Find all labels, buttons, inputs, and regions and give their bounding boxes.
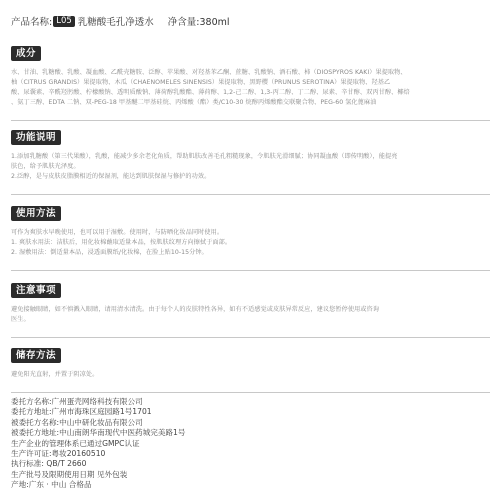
- product-name-label: 产品名称:: [11, 14, 52, 28]
- batch-expiry: 生产批号及限期使用日期 见外包装: [11, 470, 185, 480]
- section-title-functions: 功能说明: [11, 130, 61, 145]
- product-header: 产品名称: L05 乳糖酸毛孔净透水 净含量:380ml: [11, 14, 230, 28]
- usage-text: 可作为爽肤水早晚使用，也可以用于湿敷。使用时，与防晒化妆品同时使用。 1. 爽肤…: [11, 228, 490, 258]
- origin: 产地:广东 · 中山 合格品: [11, 480, 185, 490]
- text-line: 2. 湿敷用法：倒适量本品，浸透面膜纸/化妆棉，在脸上贴10-15分钟。: [11, 248, 490, 258]
- manufacturer-address: 被委托方地址:中山南朗华南现代中医药城完美路1号: [11, 428, 185, 438]
- divider: [11, 337, 490, 338]
- manufacturer-name: 被委托方名称:中山中研化妆品有限公司: [11, 418, 185, 428]
- text-line: 医生。: [11, 315, 490, 325]
- storage-text: 避免阳光直射，并置于阴凉处。: [11, 370, 490, 380]
- manufacturer-info: 委托方名称:广州蛋壳网络科技有限公司 委托方地址:广州市海珠区庭园路1号1701…: [11, 397, 185, 491]
- text-line: 肤色，给予肌肤光泽度。: [11, 162, 490, 172]
- divider: [11, 194, 490, 195]
- text-line: 避免接触眼睛，如不慎溅入眼睛，请用清水清洗。由于每个人的皮肤特性各异，如有不适感…: [11, 305, 490, 315]
- functions-text: 1.添加乳糖酸（第三代果酸），乳酸，能减少多余老化角质，帮助肌肤改善毛孔粗糙现象…: [11, 152, 490, 182]
- product-volume: 净含量:380ml: [168, 14, 230, 28]
- section-functions: 功能说明 1.添加乳糖酸（第三代果酸），乳酸，能减少多余老化角质，帮助肌肤改善毛…: [11, 125, 490, 195]
- divider: [11, 120, 490, 121]
- section-title-precautions: 注意事项: [11, 283, 61, 298]
- text-line: 1.添加乳糖酸（第三代果酸），乳酸，能减少多余老化角质，帮助肌肤改善毛孔粗糙现象…: [11, 152, 490, 162]
- section-storage: 储存方法 避免阳光直射，并置于阴凉处。: [11, 343, 490, 393]
- text-line: 避免阳光直射，并置于阴凉处。: [11, 370, 490, 380]
- text-line: 酸、尿囊素、辛酰羟肟酸、柠檬酸钠、透明质酸钠、薄荷醇乳酸酯、薄荷醇、1,2-己二…: [11, 88, 490, 98]
- text-line: 柚（CITRUS GRANDIS）果提取物、木瓜（CHAENOMELES SIN…: [11, 78, 490, 88]
- product-name: 乳糖酸毛孔净透水: [78, 14, 154, 28]
- text-line: 、氨丁三醇、EDTA 二钠、双-PEG-18 甲基醚二甲基硅烷、丙烯酸（酯）类/…: [11, 98, 490, 108]
- section-title-usage: 使用方法: [11, 206, 61, 221]
- client-name: 委托方名称:广州蛋壳网络科技有限公司: [11, 397, 185, 407]
- divider: [11, 270, 490, 271]
- product-code-badge: L05: [53, 16, 75, 27]
- gmpc-certification: 生产企业的管理体系已通过GMPC认证: [11, 439, 185, 449]
- client-address: 委托方地址:广州市海珠区庭园路1号1701: [11, 407, 185, 417]
- text-line: 1. 爽肤水用法：洁肤后，用化妆棉蘸取适量本品，按肌肤纹理方向擦拭于面部。: [11, 238, 490, 248]
- text-line: 2.泛醇，是与皮肤皮脂膜相近的保湿剂，能达到肌肤保湿与修护的功效。: [11, 172, 490, 182]
- text-line: 可作为爽肤水早晚使用，也可以用于湿敷。使用时，与防晒化妆品同时使用。: [11, 228, 490, 238]
- standard: 执行标准: QB/T 2660: [11, 459, 185, 469]
- divider: [11, 392, 490, 393]
- section-ingredients: 成分 水、甘油、乳糖酸、乳酸、凝血酸、乙酰壳糖胺、泛醇、苹果酸、对羟基苯乙酮、蔗…: [11, 41, 490, 121]
- section-title-ingredients: 成分: [11, 46, 41, 61]
- production-license: 生产许可证:粤妆20160510: [11, 449, 185, 459]
- section-usage: 使用方法 可作为爽肤水早晚使用，也可以用于湿敷。使用时，与防晒化妆品同时使用。 …: [11, 201, 490, 271]
- precautions-text: 避免接触眼睛，如不慎溅入眼睛，请用清水清洗。由于每个人的皮肤特性各异，如有不适感…: [11, 305, 490, 325]
- ingredients-text: 水、甘油、乳糖酸、乳酸、凝血酸、乙酰壳糖胺、泛醇、苹果酸、对羟基苯乙酮、蔗糖、乳…: [11, 68, 490, 108]
- section-title-storage: 储存方法: [11, 348, 61, 363]
- section-precautions: 注意事项 避免接触眼睛，如不慎溅入眼睛，请用清水清洗。由于每个人的皮肤特性各异，…: [11, 278, 490, 338]
- text-line: 水、甘油、乳糖酸、乳酸、凝血酸、乙酰壳糖胺、泛醇、苹果酸、对羟基苯乙酮、蔗糖、乳…: [11, 68, 490, 78]
